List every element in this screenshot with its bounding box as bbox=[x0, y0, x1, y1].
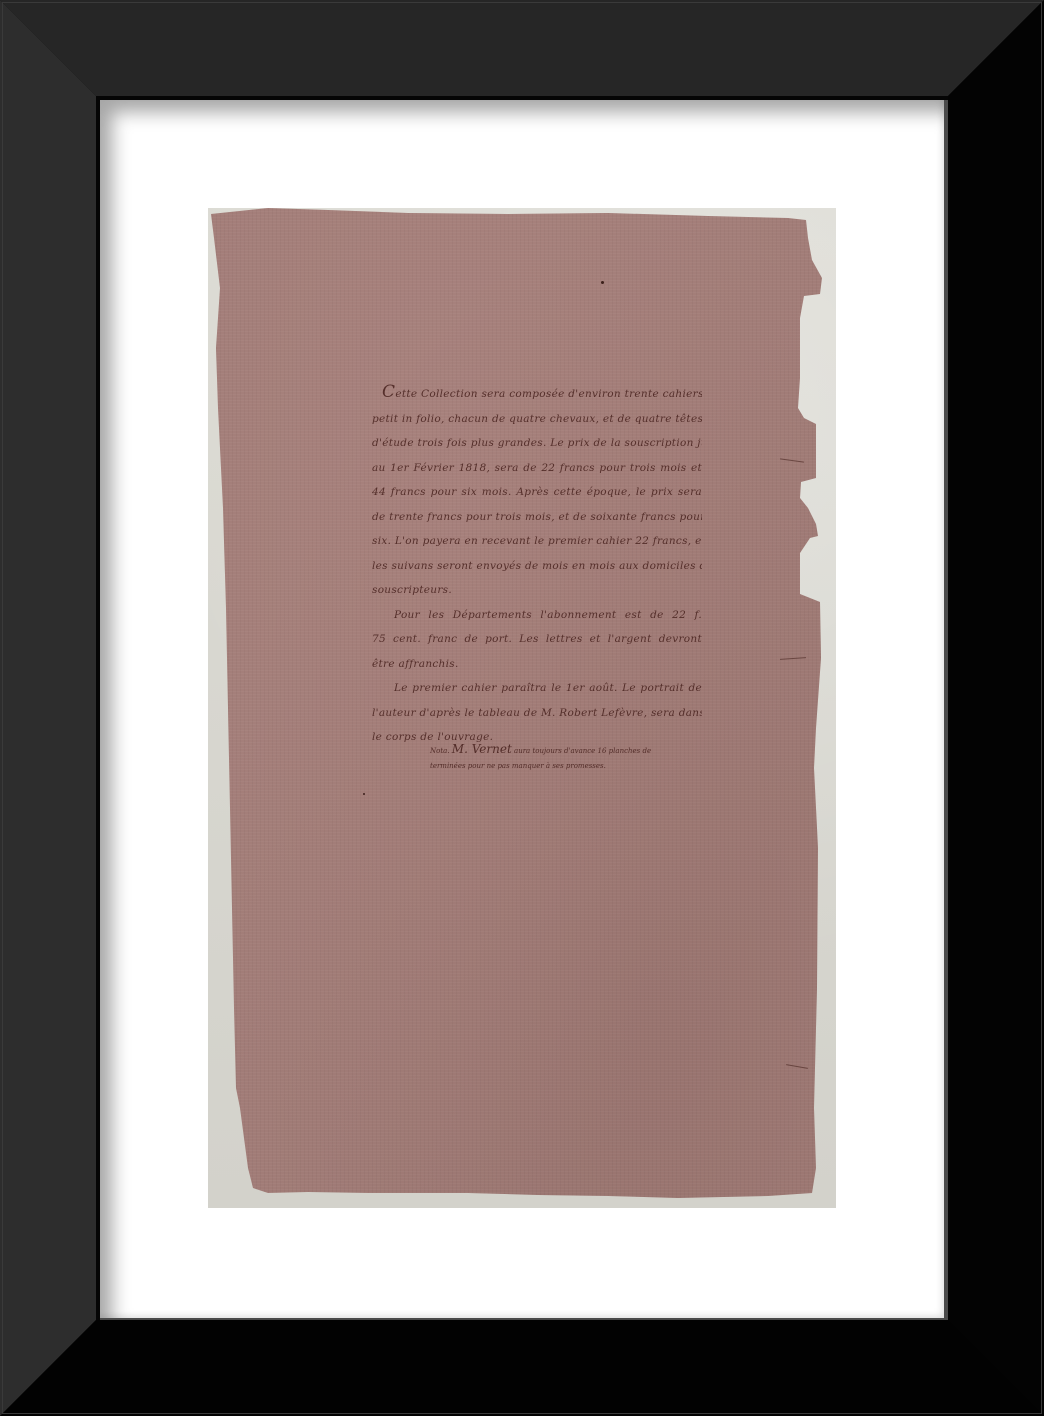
frame-bottom-rail bbox=[0, 1320, 1044, 1416]
frame-top-rail bbox=[0, 0, 1044, 96]
artwork-photo: Cette Collection sera composée d'environ… bbox=[208, 208, 836, 1208]
manuscript-line: petit in folio, chacun de quatre chevaux… bbox=[372, 407, 702, 432]
manuscript-text: Cette Collection sera composée d'environ… bbox=[372, 380, 702, 750]
manuscript-line: être affranchis. bbox=[372, 652, 702, 677]
note-signature: M. Vernet bbox=[452, 742, 512, 756]
manuscript-line: de trente francs pour trois mois, et de … bbox=[372, 505, 702, 530]
manuscript-line: l'auteur d'après le tableau de M. Robert… bbox=[372, 701, 702, 726]
drop-cap: C bbox=[382, 382, 395, 402]
note-line: Nota. M. Vernet aura toujours d'avance 1… bbox=[430, 742, 640, 759]
ink-spot bbox=[601, 281, 604, 284]
manuscript-line: Cette Collection sera composée d'environ… bbox=[372, 380, 702, 407]
frame-left-rail bbox=[0, 0, 96, 1416]
manuscript-line: 44 francs pour six mois. Après cette épo… bbox=[372, 480, 702, 505]
manuscript-line: au 1er Février 1818, sera de 22 francs p… bbox=[372, 456, 702, 481]
line-text: ette Collection sera composée d'environ … bbox=[395, 388, 702, 400]
manuscript-line: souscripteurs. bbox=[372, 578, 702, 603]
note-text: aura toujours d'avance 16 planches de bbox=[514, 747, 651, 755]
manuscript-line: Le premier cahier paraîtra le 1er août. … bbox=[372, 676, 702, 701]
frame-right-rail bbox=[948, 0, 1044, 1416]
manuscript-note: Nota. M. Vernet aura toujours d'avance 1… bbox=[430, 742, 640, 774]
manuscript-line: les suivans seront envoyés de mois en mo… bbox=[372, 554, 702, 579]
manuscript-line: d'étude trois fois plus grandes. Le prix… bbox=[372, 431, 702, 456]
note-prefix: Nota. bbox=[430, 747, 450, 755]
picture-frame: Cette Collection sera composée d'environ… bbox=[0, 0, 1044, 1416]
manuscript-line: Pour les Départements l'abonnement est d… bbox=[372, 603, 702, 628]
manuscript-line: 75 cent. franc de port. Les lettres et l… bbox=[372, 627, 702, 652]
ink-spot bbox=[363, 793, 365, 795]
note-line: terminées pour ne pas manquer à ses prom… bbox=[430, 759, 640, 774]
manuscript-line: six. L'on payera en recevant le premier … bbox=[372, 529, 702, 554]
manuscript-paper: Cette Collection sera composée d'environ… bbox=[208, 208, 836, 1208]
